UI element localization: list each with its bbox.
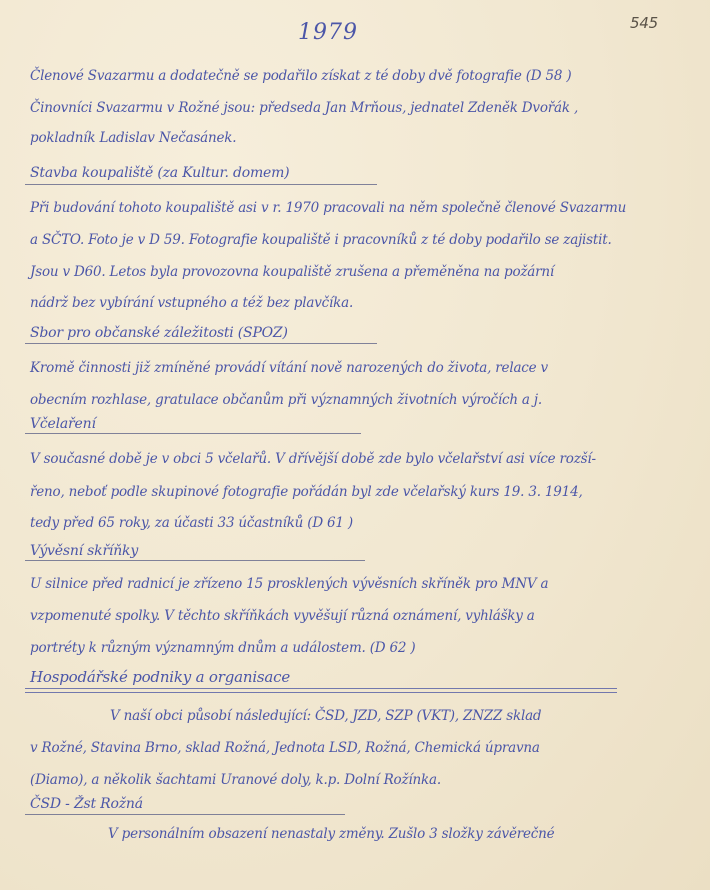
section-heading-spoz: Sbor pro občanské záležitosti (SPOZ) [30,325,288,341]
heading-underline [25,343,377,344]
text-line: Při budování tohoto koupaliště asi v r. … [30,200,626,216]
text-line: Kromě činnosti již zmíněné provádí vítán… [30,360,548,376]
text-line: vzpomenuté spolky. V těchto skříňkách vy… [30,608,535,624]
section-heading-notice-boards: Vývěsní skříňky [30,543,138,559]
section-heading-railway-station: ČSD - Žst Rožná [30,796,143,812]
text-line: Jsou v D60. Letos byla provozovna koupal… [30,264,554,280]
text-line: pokladník Ladislav Nečasánek. [30,130,236,146]
text-line: obecním rozhlase, gratulace občanům při … [30,392,542,408]
text-line: V současné době je v obci 5 včelařů. V d… [30,451,596,467]
text-line: U silnice před radnicí je zřízeno 15 pro… [30,576,548,592]
manuscript-page: 1979 545 Členové Svazarmu a dodatečně se… [0,0,710,890]
text-line: nádrž bez vybírání vstupného a též bez p… [30,295,353,311]
text-line: řeno, neboť podle skupinové fotografie p… [30,484,583,500]
text-line: a SČTO. Foto je v D 59. Fotografie koupa… [30,232,612,248]
heading-double-underline [25,688,617,693]
year-heading: 1979 [298,20,358,45]
text-line: v Rožné, Stavina Brno, sklad Rožná, Jedn… [30,740,540,756]
text-line: tedy před 65 roky, za účasti 33 účastník… [30,515,353,531]
heading-underline [25,433,361,434]
text-line: Členové Svazarmu a dodatečně se podařilo… [30,68,571,84]
section-heading-swimming-pool: Stavba koupaliště (za Kultur. domem) [30,165,289,181]
section-heading-enterprises: Hospodářské podniky a organisace [30,668,290,686]
heading-underline [25,814,345,815]
heading-underline [25,560,365,561]
text-line: portréty k různým významným dnům a událo… [30,640,415,656]
section-heading-beekeeping: Včelaření [30,416,96,432]
heading-underline [25,184,377,185]
text-line: Činovníci Svazarmu v Rožné jsou: předsed… [30,100,578,116]
page-number: 545 [630,14,658,32]
text-line: V naší obci působí následující: ČSD, JZD… [110,708,541,724]
text-line: V personálním obsazení nenastaly změny. … [108,826,554,842]
text-line: (Diamo), a několik šachtami Uranové doly… [30,772,441,788]
